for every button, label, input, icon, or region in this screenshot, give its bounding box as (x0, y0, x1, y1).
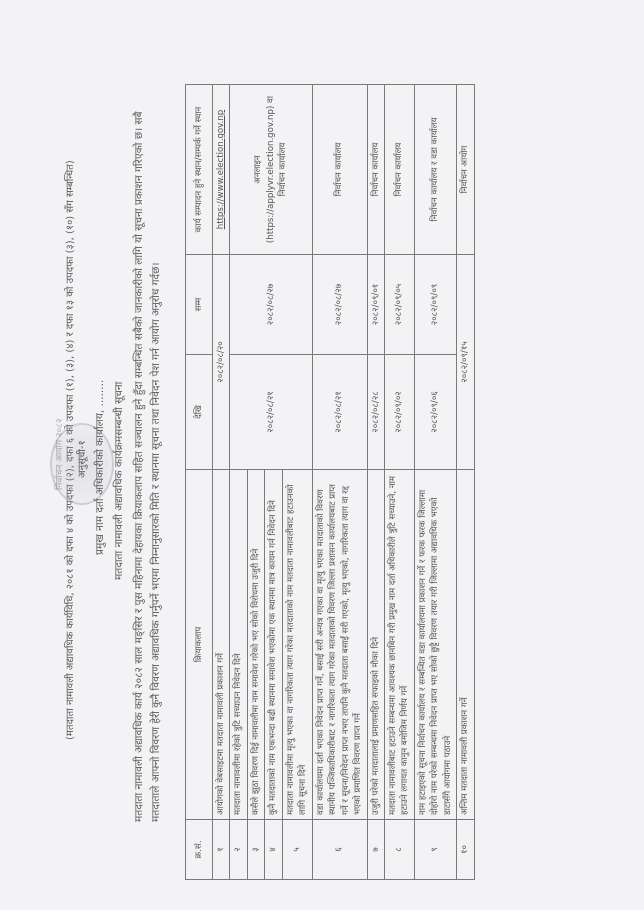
intro-line-2: मतदाताले आफ्नो विवरण हेरी कुनै विवरण अद्… (149, 263, 163, 822)
row-to: २०८२/०८/२७ (312, 255, 367, 355)
table-row: ६ वडा कार्यालयमा दर्ता भएका निवेदन प्राप… (312, 85, 367, 880)
row-place: निर्वाचन कार्यालय (367, 85, 384, 255)
row-sn: ५ (282, 820, 312, 880)
row-place: निर्वाचन आयोग (457, 85, 474, 255)
stamp-text: निर्वाचन आयोग २०८२ (52, 418, 65, 490)
row-to: २०८२/०८/२७ (230, 255, 312, 355)
table-row: ८ मतदाता नामावलीबाट हटाउने सम्बन्धमा आवश… (384, 85, 414, 880)
row-activity: उजुरी परेको मतदातालाई प्रमाणसहित सफाइको … (367, 470, 384, 820)
notice-title: मतदाता नामावली अद्यावधिक कार्यक्रमसम्बन्… (112, 382, 126, 580)
row-from: २०८२/०८/२१ (312, 355, 367, 470)
row-date: २०८२/०९/१५ (457, 255, 474, 470)
table-header-row: क्र.सं. क्रियाकलाप देखि सम्म कार्य सम्पा… (186, 85, 213, 880)
document-page: (मतदाता नामावली अद्यावधिक कार्यविधि, २०८… (0, 0, 644, 910)
row-sn: ८ (384, 820, 414, 880)
row-place: निर्वाचन कार्यालय (384, 85, 414, 255)
row-sn: ९ (414, 820, 456, 880)
row-sn: ४ (265, 820, 282, 880)
row-from: २०८२/०८/२१ (230, 355, 312, 470)
row-sn: ३ (247, 820, 264, 880)
intro-line-1: मतदाता नामावली अद्यावधिक कार्य २०८२ साल … (132, 111, 146, 822)
table-row: २ मतदाता नामावलीमा रहेको त्रुटि सच्याउन … (230, 85, 247, 880)
row-activity: मतदाता नामावलीमा रहेको त्रुटि सच्याउन नि… (230, 470, 247, 820)
col-header-to: सम्म (186, 255, 213, 355)
col-header-sn: क्र.सं. (186, 820, 213, 880)
row-activity: कुनै मतदाताको नाम एकभन्दा बढी स्थानमा सम… (265, 470, 282, 820)
row-from: २०८२/०९/०२ (384, 355, 414, 470)
row-to: २०८२/०९/०१ (367, 255, 384, 355)
row-activity: मतदाता नामावलीबाट हटाउने सम्बन्धमा आवश्य… (384, 470, 414, 820)
row-from: २०८२/०८/२८ (367, 355, 384, 470)
office-line: प्रमुख नाम दर्ता अधिकारीको कार्यालय, ...… (93, 380, 107, 555)
annex-label: अनुसूची-१ (74, 440, 88, 478)
election-website-link[interactable]: https://www.election.gov.np (216, 110, 226, 229)
row-activity: वडा कार्यालयमा दर्ता भएका निवेदन प्राप्त… (312, 470, 367, 820)
col-header-from: देखि (186, 355, 213, 470)
row-sn: १० (457, 820, 474, 880)
row-to: २०८२/०९/०५ (384, 255, 414, 355)
row-activity: अन्तिम मतदाता नामावली प्रकाशन गर्ने (457, 470, 474, 820)
row-sn: २ (230, 820, 247, 880)
col-header-place: कार्य सम्पादन हुने स्थान/सम्पर्क गर्ने स… (186, 85, 213, 255)
row-sn: १ (213, 820, 230, 880)
table-row: ९ नाम हटाइएको सूचना निर्वाचन कार्यालय र … (414, 85, 456, 880)
row-place: निर्वाचन कार्यालय (312, 85, 367, 255)
table-row: ७ उजुरी परेको मतदातालाई प्रमाणसहित सफाइक… (367, 85, 384, 880)
row-sn: ७ (367, 820, 384, 880)
row-sn: ६ (312, 820, 367, 880)
row-place: निर्वाचन कार्यालय र वडा कार्यालय (414, 85, 456, 255)
row-from: २०८२/०९/०६ (414, 355, 456, 470)
col-header-activity: क्रियाकलाप (186, 470, 213, 820)
table-row: १० अन्तिम मतदाता नामावली प्रकाशन गर्ने २… (457, 85, 474, 880)
row-to: २०८२/०९/०९ (414, 255, 456, 355)
row-activity: कसैले झुठा विवरण दिई नामावलीमा नाम समावे… (247, 470, 264, 820)
row-place: अनलाइन (https://applyvr.election.gov.np)… (230, 85, 312, 255)
row-activity: आयोगको वेबसाइटमा मतदाता नामावली प्रकाशन … (213, 470, 230, 820)
table-row: १ आयोगको वेबसाइटमा मतदाता नामावली प्रकाश… (213, 85, 230, 880)
row-activity: नाम हटाइएको सूचना निर्वाचन कार्यालय र सम… (414, 470, 456, 820)
schedule-table: क्र.सं. क्रियाकलाप देखि सम्म कार्य सम्पा… (185, 84, 475, 880)
row-place: https://www.election.gov.np (213, 85, 230, 255)
row-activity: मतदाता नामावलीमा मृत्यु भएका वा नागरिकता… (282, 470, 312, 820)
row-date: २०८२/०८/२० (213, 255, 230, 470)
